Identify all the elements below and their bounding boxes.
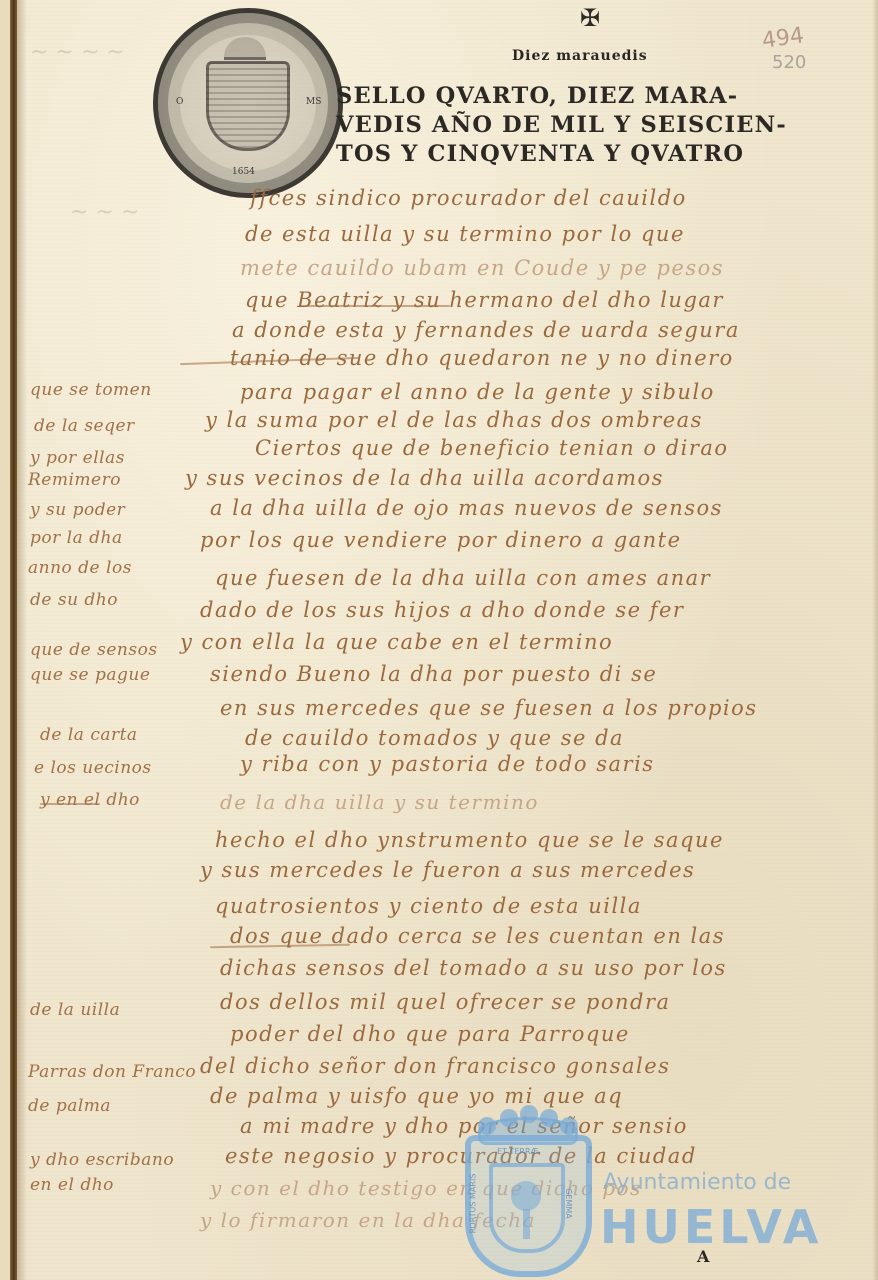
royal-seal-stamp: O MS 1654	[153, 8, 343, 198]
manuscript-line: por los que vendiere por dinero a gante	[200, 528, 682, 552]
manuscript-line: y riba con y pastoria de todo saris	[240, 752, 655, 776]
manuscript-line: dichas sensos del tomado a su uso por lo…	[220, 956, 727, 980]
margin-note: de la carta	[40, 725, 138, 745]
folio-number-secondary: 520	[772, 52, 806, 73]
margin-note: de palma	[28, 1096, 111, 1116]
margin-note: de su dho	[30, 590, 118, 610]
manuscript-line: dos dellos mil quel ofrecer se pondra	[220, 990, 671, 1014]
manuscript-line: hecho el dho ynstrumento que se le saque	[215, 828, 724, 852]
manuscript-line: del dicho señor don francisco gonsales	[200, 1054, 670, 1078]
margin-note: de la uilla	[30, 1000, 120, 1020]
manuscript-line: dado de los sus hijos a dho donde se fer	[200, 598, 684, 622]
watermark-inner-shield	[489, 1163, 565, 1253]
manuscript-line: y sus mercedes le fueron a sus mercedes	[200, 858, 695, 882]
seal-crown-icon	[224, 37, 266, 60]
manuscript-line: en sus mercedes que se fuesen a los prop…	[220, 696, 758, 720]
show-through-text: ~ ~ ~ ~	[30, 40, 125, 65]
pen-flourish	[300, 305, 450, 307]
watermark-motto-top: ET TERRÆ	[497, 1147, 538, 1156]
watermark-crown-icon	[470, 1085, 580, 1135]
margin-note: que de sensos	[30, 640, 158, 660]
seal-year: 1654	[232, 167, 255, 177]
margin-note: anno de los	[28, 558, 132, 578]
watermark-motto-right: GEMMA	[564, 1188, 573, 1219]
coat-of-arms-icon	[206, 61, 290, 151]
margin-note: Remimero	[28, 470, 121, 490]
watermark-subtitle: Ayuntamiento de	[603, 1170, 791, 1195]
manuscript-line: a mi madre y dho por el señor sensio	[240, 1114, 688, 1138]
seal-side-letter-right: MS	[306, 97, 321, 107]
stamp-title: SELLO QVARTO, DIEZ MARA- VEDIS AÑO DE MI…	[336, 82, 876, 169]
margin-note: en el dho	[30, 1175, 114, 1195]
tree-trunk-icon	[523, 1209, 530, 1239]
margin-note: de la seqer	[34, 416, 135, 436]
show-through-text: ~ ~ ~	[70, 200, 139, 225]
margin-note: e los uecinos	[34, 758, 152, 778]
manuscript-line: que fuesen de la dha uilla con ames anar	[215, 566, 711, 590]
watermark-motto-left: PORTUS MARIS	[468, 1174, 477, 1234]
manuscript-line: y la suma por el de las dhas dos ombreas	[205, 408, 703, 432]
watermark-shield-icon: ET TERRÆ PORTUS MARIS GEMMA	[465, 1135, 592, 1277]
cross-icon: ✠	[580, 4, 600, 32]
manuscript-line: este negosio y procurador de la ciudad	[225, 1144, 697, 1168]
manuscript-line: Ciertos que de beneficio tenian o dirao	[255, 436, 729, 460]
margin-note: Parras don Franco	[28, 1062, 196, 1082]
manuscript-line: poder del dho que para Parroque	[230, 1022, 630, 1046]
margin-note: y por ellas	[30, 448, 125, 468]
seal-side-letter-left: O	[176, 97, 183, 107]
spine-shadow	[17, 0, 27, 1280]
stamp-title-line: TOS Y CINQVENTA Y QVATRO	[336, 140, 876, 169]
signature-mark: A	[697, 1247, 709, 1266]
stamp-title-line: VEDIS AÑO DE MIL Y SEISCIEN-	[336, 111, 876, 140]
stamp-denomination: Diez marauedis	[512, 48, 648, 64]
manuscript-line: a la dha uilla de ojo mas nuevos de sens…	[210, 496, 723, 520]
tree-icon	[511, 1181, 541, 1211]
manuscript-line: quatrosientos y ciento de esta uilla	[215, 894, 642, 918]
stamp-title-line: SELLO QVARTO, DIEZ MARA-	[336, 82, 876, 111]
manuscript-line: y con ella la que cabe en el termino	[180, 630, 613, 654]
manuscript-line: para pagar el anno de la gente y sibulo	[240, 380, 715, 404]
adjacent-page-edge	[0, 0, 10, 1280]
manuscript-line: de cauildo tomados y que se da	[245, 726, 624, 750]
margin-note: y en el dho	[40, 790, 140, 810]
margin-note: por la dha	[30, 528, 123, 548]
manuscript-line: de la dha uilla y su termino	[220, 790, 539, 814]
margin-note: y dho escribano	[30, 1150, 174, 1170]
manuscript-line: que Beatriz y su hermano del dho lugar	[245, 288, 724, 312]
manuscript-line: a donde esta y fernandes de uarda segura	[232, 318, 740, 342]
margin-note: que se pague	[30, 665, 150, 685]
binding-spine	[10, 0, 17, 1280]
page-right-edge	[872, 0, 878, 1280]
manuscript-line: y sus vecinos de la dha uilla acordamos	[185, 466, 664, 490]
manuscript-line: mete cauildo ubam en Coude y pe pesos	[240, 256, 724, 280]
manuscript-line: siendo Bueno la dha por puesto di se	[210, 662, 657, 686]
manuscript-line: de esta uilla y su termino por lo que	[245, 222, 685, 246]
margin-note: y su poder	[30, 500, 125, 520]
manuscript-line: ffces sindico procurador del cauildo	[250, 186, 687, 210]
margin-note: que se tomen	[30, 380, 152, 400]
watermark-title: HUELVA	[600, 1200, 822, 1254]
